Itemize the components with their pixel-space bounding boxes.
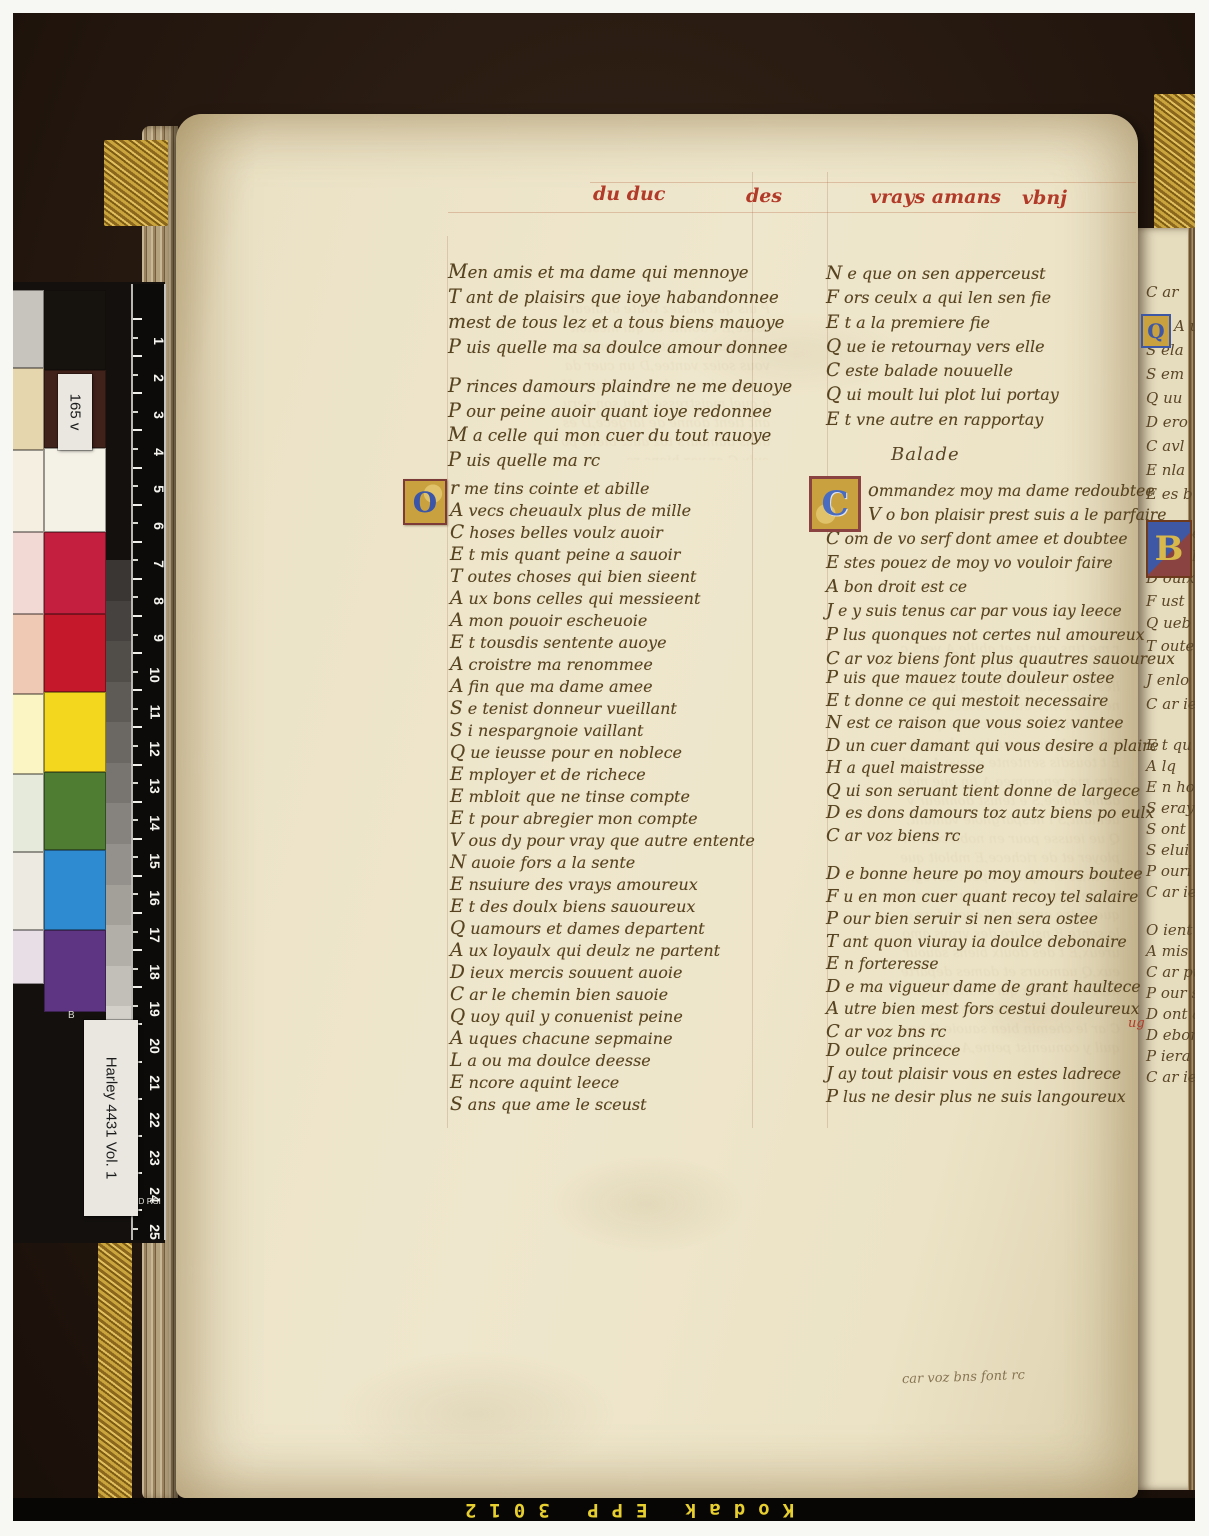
- ruler-number: 13: [147, 779, 163, 795]
- ruler-mark: 19: [133, 986, 164, 1023]
- ruler-mark: 8: [133, 578, 164, 615]
- verse-line: L a ou ma doulce deesse: [450, 1050, 755, 1072]
- color-swatch: [8, 290, 44, 368]
- verse-line: D un cuer damant qui vous desire a plair…: [826, 735, 1159, 758]
- gray-step: [106, 885, 131, 926]
- verse-line: D oulce princece: [826, 1040, 1126, 1063]
- verse-line: P our bien seruir si nen sera ostee: [826, 908, 1143, 931]
- verse-line: D es dons damours toz autz biens po eulx: [826, 802, 1159, 825]
- ruler-number: 19: [147, 1001, 163, 1017]
- verse-line: T ant quon viuray ia doulce debonaire: [826, 931, 1143, 954]
- verse-line: Q ue ie retournay vers elle: [826, 335, 1059, 359]
- verse-line: F ors ceulx a qui len sen fie: [826, 286, 1059, 310]
- grayscale-wedge: [106, 560, 131, 1047]
- verse-line: Q ui son seruant tient donne de largece: [826, 780, 1159, 803]
- ruler-mark: 18: [133, 949, 164, 986]
- gray-step: [106, 844, 131, 885]
- verse-line: Q uamours et dames departent: [450, 918, 755, 940]
- verse-line-fragment: E n ho: [1146, 777, 1197, 798]
- running-header-left: du duc: [593, 183, 665, 205]
- ruler-number: 9: [151, 634, 167, 642]
- verse-line: A ux loyaulx qui deulz ne partent: [450, 940, 755, 962]
- ruler-mark: 3: [133, 392, 164, 429]
- strip-text-head: C ar: [1146, 280, 1178, 304]
- film-edge-strip: Kodak EPP 3012: [13, 1498, 1195, 1521]
- photo-frame-left: [0, 0, 13, 1536]
- tint-swatch-column: [8, 290, 44, 984]
- ruler-number: 3: [151, 411, 167, 419]
- gray-step: [106, 966, 131, 1007]
- verse-line: E ncore aquint leece: [450, 1072, 755, 1094]
- ruler-number: 21: [147, 1076, 163, 1092]
- photo-frame-top: [0, 0, 1209, 13]
- color-swatch: [44, 614, 106, 692]
- photo-of-manuscript: P uis que mauez toute douleur ostee,E t …: [0, 0, 1209, 1536]
- gray-step: [106, 803, 131, 844]
- verse-line: C ar voz biens rc: [826, 825, 1159, 848]
- verse-line: E t des doulx biens sauoureux: [450, 896, 755, 918]
- column-ruling-line: [447, 236, 448, 1128]
- balade-heading: Balade: [891, 444, 960, 465]
- illuminated-initial-strip-b: B: [1146, 520, 1192, 578]
- verse-line-fragment: C ar: [1146, 280, 1178, 304]
- strip-text-block-4: E t quA lqE n hoS erayS ontS eluiP ouriC…: [1146, 735, 1197, 903]
- balade-envoi: D oulce princeceJ ay tout plaisir vous e…: [826, 1040, 1126, 1108]
- color-swatch: [44, 532, 106, 614]
- verse-line: E t vne autre en rapportay: [826, 408, 1059, 432]
- ruler-mark: 4: [133, 429, 164, 466]
- ruler-number: 1: [151, 337, 167, 345]
- verse-line: N auoie fors a la sente: [450, 852, 755, 874]
- ruler-number: 15: [147, 853, 163, 869]
- color-swatch: [44, 772, 106, 850]
- ruler-mark: 5: [133, 467, 164, 504]
- verse-line: A mon pouoir escheuoie: [450, 610, 755, 632]
- ruler-number: 2: [151, 374, 167, 382]
- verse-line-fragment: S ont: [1146, 819, 1197, 840]
- verse-line: C este balade nouuelle: [826, 359, 1059, 383]
- verse-line: r me tins cointe et abille: [450, 478, 755, 500]
- verse-line: C ar le chemin bien sauoie: [450, 984, 755, 1006]
- color-swatch: [44, 448, 106, 532]
- verse-line: E mbloit que ne tinse compte: [450, 786, 755, 808]
- verse-line: A ux bons celles qui messieent: [450, 588, 755, 610]
- gray-step: [106, 601, 131, 642]
- color-swatch: [8, 368, 44, 450]
- ruler-mark: 14: [133, 801, 164, 838]
- color-swatch: [8, 930, 44, 984]
- verse-line: S e tenist donneur vueillant: [450, 698, 755, 720]
- verse-line: E t mis quant peine a sauoir: [450, 544, 755, 566]
- ruler-number: 16: [147, 890, 163, 906]
- verse-line: J ay tout plaisir vous en estes ladrece: [826, 1063, 1126, 1086]
- gray-step: [106, 641, 131, 682]
- gilt-edge-bottom-left: [98, 1215, 132, 1517]
- verse-line: A utre bien mest fors cestui douleureux: [826, 998, 1143, 1021]
- verse-line: A vecs cheuaulx plus de mille: [450, 500, 755, 522]
- verse-line: C om de vo serf dont amee et doubtee: [826, 527, 1175, 551]
- shelfmark-sticker: Harley 4431 Vol. 1: [84, 1020, 138, 1216]
- ruler-mark: 7: [133, 541, 164, 578]
- color-swatch: [44, 692, 106, 772]
- ruler-mark: 9: [133, 615, 164, 652]
- verse-line: A bon droit est ce: [826, 575, 1175, 599]
- color-swatch: [8, 614, 44, 694]
- verse-line: P uis quelle ma sa doulce amour donnee: [448, 335, 788, 360]
- illuminated-initial-strip-top: Q: [1141, 314, 1171, 348]
- verse-line: ommandez moy ma dame redoubtee: [826, 479, 1175, 503]
- verse-line: J e y suis tenus car par vous iay leece: [826, 599, 1175, 623]
- verse-line: H a quel maistresse: [826, 757, 1159, 780]
- photo-frame-bottom: [0, 1521, 1209, 1536]
- color-swatch: [44, 850, 106, 930]
- verse-line: Q ui moult lui plot lui portay: [826, 383, 1059, 407]
- left-column-stanza-2: P rinces damours plaindre ne me deuoyeP …: [448, 374, 792, 472]
- film-edge-label: Kodak EPP 3012: [343, 1499, 903, 1521]
- verse-line-fragment: C ar ie: [1146, 882, 1197, 903]
- header-ruling-line: [448, 212, 1136, 213]
- verse-line: E mployer et de richece: [450, 764, 755, 786]
- verse-line: P rinces damours plaindre ne me deuoye: [448, 374, 792, 399]
- ruler-number: 22: [147, 1113, 163, 1129]
- color-swatch: [8, 774, 44, 852]
- ruler-mark: 15: [133, 838, 164, 875]
- verse-line: E t a la premiere fie: [826, 311, 1059, 335]
- color-swatch: [8, 450, 44, 532]
- verse-line-fragment: A lq: [1146, 756, 1197, 777]
- verse-line-fragment: S elui: [1146, 840, 1197, 861]
- left-column-poem: r me tins cointe et abilleA vecs cheuaul…: [450, 478, 755, 1116]
- chart-corner-letter: B: [68, 1010, 75, 1021]
- running-header-right: vrays amans: [870, 186, 1001, 208]
- strip-text-block-3: J enloC ar ie: [1146, 668, 1197, 716]
- ruler-mark: 16: [133, 875, 164, 912]
- shelfmark-label: Harley 4431 Vol. 1: [103, 1057, 120, 1180]
- right-column-top-lines: N e que on sen apperceustF ors ceulx a q…: [826, 262, 1059, 432]
- verse-line: V o bon plaisir prest suis a le parfaire: [826, 503, 1175, 527]
- ruler-number: 11: [148, 705, 164, 720]
- verse-line: A uques chacune sepmaine: [450, 1028, 755, 1050]
- balade-stanza-3: D e bonne heure po moy amours bouteeF u …: [826, 863, 1143, 1043]
- gray-step: [106, 560, 131, 601]
- ruler-number: 23: [147, 1150, 163, 1166]
- ruler-number: 17: [147, 927, 163, 943]
- verse-line: Q uoy quil y conuenist peine: [450, 1006, 755, 1028]
- verse-line-fragment: J enlo: [1146, 668, 1197, 692]
- verse-line: F u en mon cuer quant recoy tel salaire: [826, 886, 1143, 909]
- verse-line: T outes choses qui bien sieent: [450, 566, 755, 588]
- ruler-number: 5: [151, 485, 167, 493]
- ruler-number: 18: [147, 964, 163, 980]
- verse-line: A fin que ma dame amee: [450, 676, 755, 698]
- verse-line: E t pour abregier mon compte: [450, 808, 755, 830]
- verse-line: S ans que ame le sceust: [450, 1094, 755, 1116]
- gray-step: [106, 682, 131, 723]
- color-swatch: [8, 532, 44, 614]
- verse-line: M a celle qui mon cuer du tout rauoye: [448, 423, 792, 448]
- verse-line: E n forteresse: [826, 953, 1143, 976]
- ruler-mark: 11: [133, 689, 164, 726]
- ruler-number: 7: [151, 560, 167, 568]
- verse-line: D ieux mercis souuent auoie: [450, 962, 755, 984]
- gilt-edge-top-left: [104, 140, 168, 226]
- verse-line: P uis que mauez toute douleur ostee: [826, 667, 1159, 690]
- photo-frame-right: [1195, 0, 1209, 1536]
- ruler-mark: 10: [133, 652, 164, 689]
- verse-line: N e que on sen apperceust: [826, 262, 1059, 286]
- ruler-number: 20: [147, 1038, 163, 1054]
- running-header-center: des: [746, 185, 782, 207]
- illuminated-initial-c: C: [809, 476, 861, 532]
- color-swatch: [44, 290, 106, 370]
- ruler-number: 25: [147, 1224, 163, 1240]
- header-ruling-line: [590, 182, 1136, 183]
- ruler-number: 4: [151, 448, 167, 456]
- verse-line: E stes pouez de moy vo vouloir faire: [826, 551, 1175, 575]
- verse-line: D e bonne heure po moy amours boutee: [826, 863, 1143, 886]
- verse-line: T ant de plaisirs que ioye habandonnee: [448, 285, 788, 310]
- color-swatch: [44, 930, 106, 1012]
- ruler-mark: 6: [133, 504, 164, 541]
- verse-line: V ous dy pour vray que autre entente: [450, 830, 755, 852]
- verse-line-fragment: E t qu: [1146, 735, 1197, 756]
- gray-step: [106, 925, 131, 966]
- folio-number-sticker: 165 v: [58, 374, 92, 450]
- verse-line: A croistre ma renommee: [450, 654, 755, 676]
- verse-line: P uis quelle ma rc: [448, 448, 792, 473]
- balade-stanza-1: ommandez moy ma dame redoubteeV o bon pl…: [826, 479, 1175, 671]
- ruler-mark: 2: [133, 355, 164, 392]
- verse-line: P lus ne desir plus ne suis langoureux: [826, 1086, 1126, 1109]
- verse-line: N est ce raison que vous soiez vantee: [826, 712, 1159, 735]
- verse-line: Men amis et ma dame qui mennoye: [448, 260, 788, 285]
- verse-line: P our peine auoir quant ioye redonnee: [448, 399, 792, 424]
- verse-line: D e ma vigueur dame de grant haultece: [826, 976, 1143, 999]
- verse-line-fragment: P ouri: [1146, 861, 1197, 882]
- balade-stanza-2: P uis que mauez toute douleur osteeE t d…: [826, 667, 1159, 847]
- color-swatch: [8, 694, 44, 774]
- verse-line: E t donne ce qui mestoit necessaire: [826, 690, 1159, 713]
- ruler-number: 12: [147, 741, 163, 757]
- verse-line: mest de tous lez et a tous biens mauoye: [448, 310, 788, 335]
- ruler-number: 6: [151, 523, 167, 531]
- ruler-number: 8: [151, 597, 167, 605]
- verse-line: P lus quonques not certes nul amoureux: [826, 623, 1175, 647]
- ruler-number: 14: [147, 816, 163, 832]
- gray-step: [106, 722, 131, 763]
- verse-line-fragment: S eray: [1146, 798, 1197, 819]
- verse-line: S i nespargnoie vaillant: [450, 720, 755, 742]
- gray-step: [106, 763, 131, 804]
- verse-line: Q ue ieusse pour en noblece: [450, 742, 755, 764]
- folio-number-label: 165 v: [67, 394, 84, 431]
- ruler-mark: 17: [133, 912, 164, 949]
- color-swatch: [8, 852, 44, 930]
- ruler-mark: 1: [133, 318, 164, 355]
- running-header-number: vbnj: [1022, 187, 1067, 209]
- illuminated-initial-o: O: [403, 479, 447, 525]
- verse-line: E nsuiure des vrays amoureux: [450, 874, 755, 896]
- verse-line: E t tousdis sentente auoye: [450, 632, 755, 654]
- ruler-mark: 12: [133, 726, 164, 763]
- verse-line-fragment: C ar ie: [1146, 692, 1197, 716]
- left-column-stanza-1: Men amis et ma dame qui mennoyeT ant de …: [448, 260, 788, 360]
- ruler-number: 10: [147, 667, 163, 683]
- verse-line: C hoses belles voulz auoir: [450, 522, 755, 544]
- ruler-mark: 13: [133, 764, 164, 801]
- red-fragment: ug: [1128, 1016, 1145, 1031]
